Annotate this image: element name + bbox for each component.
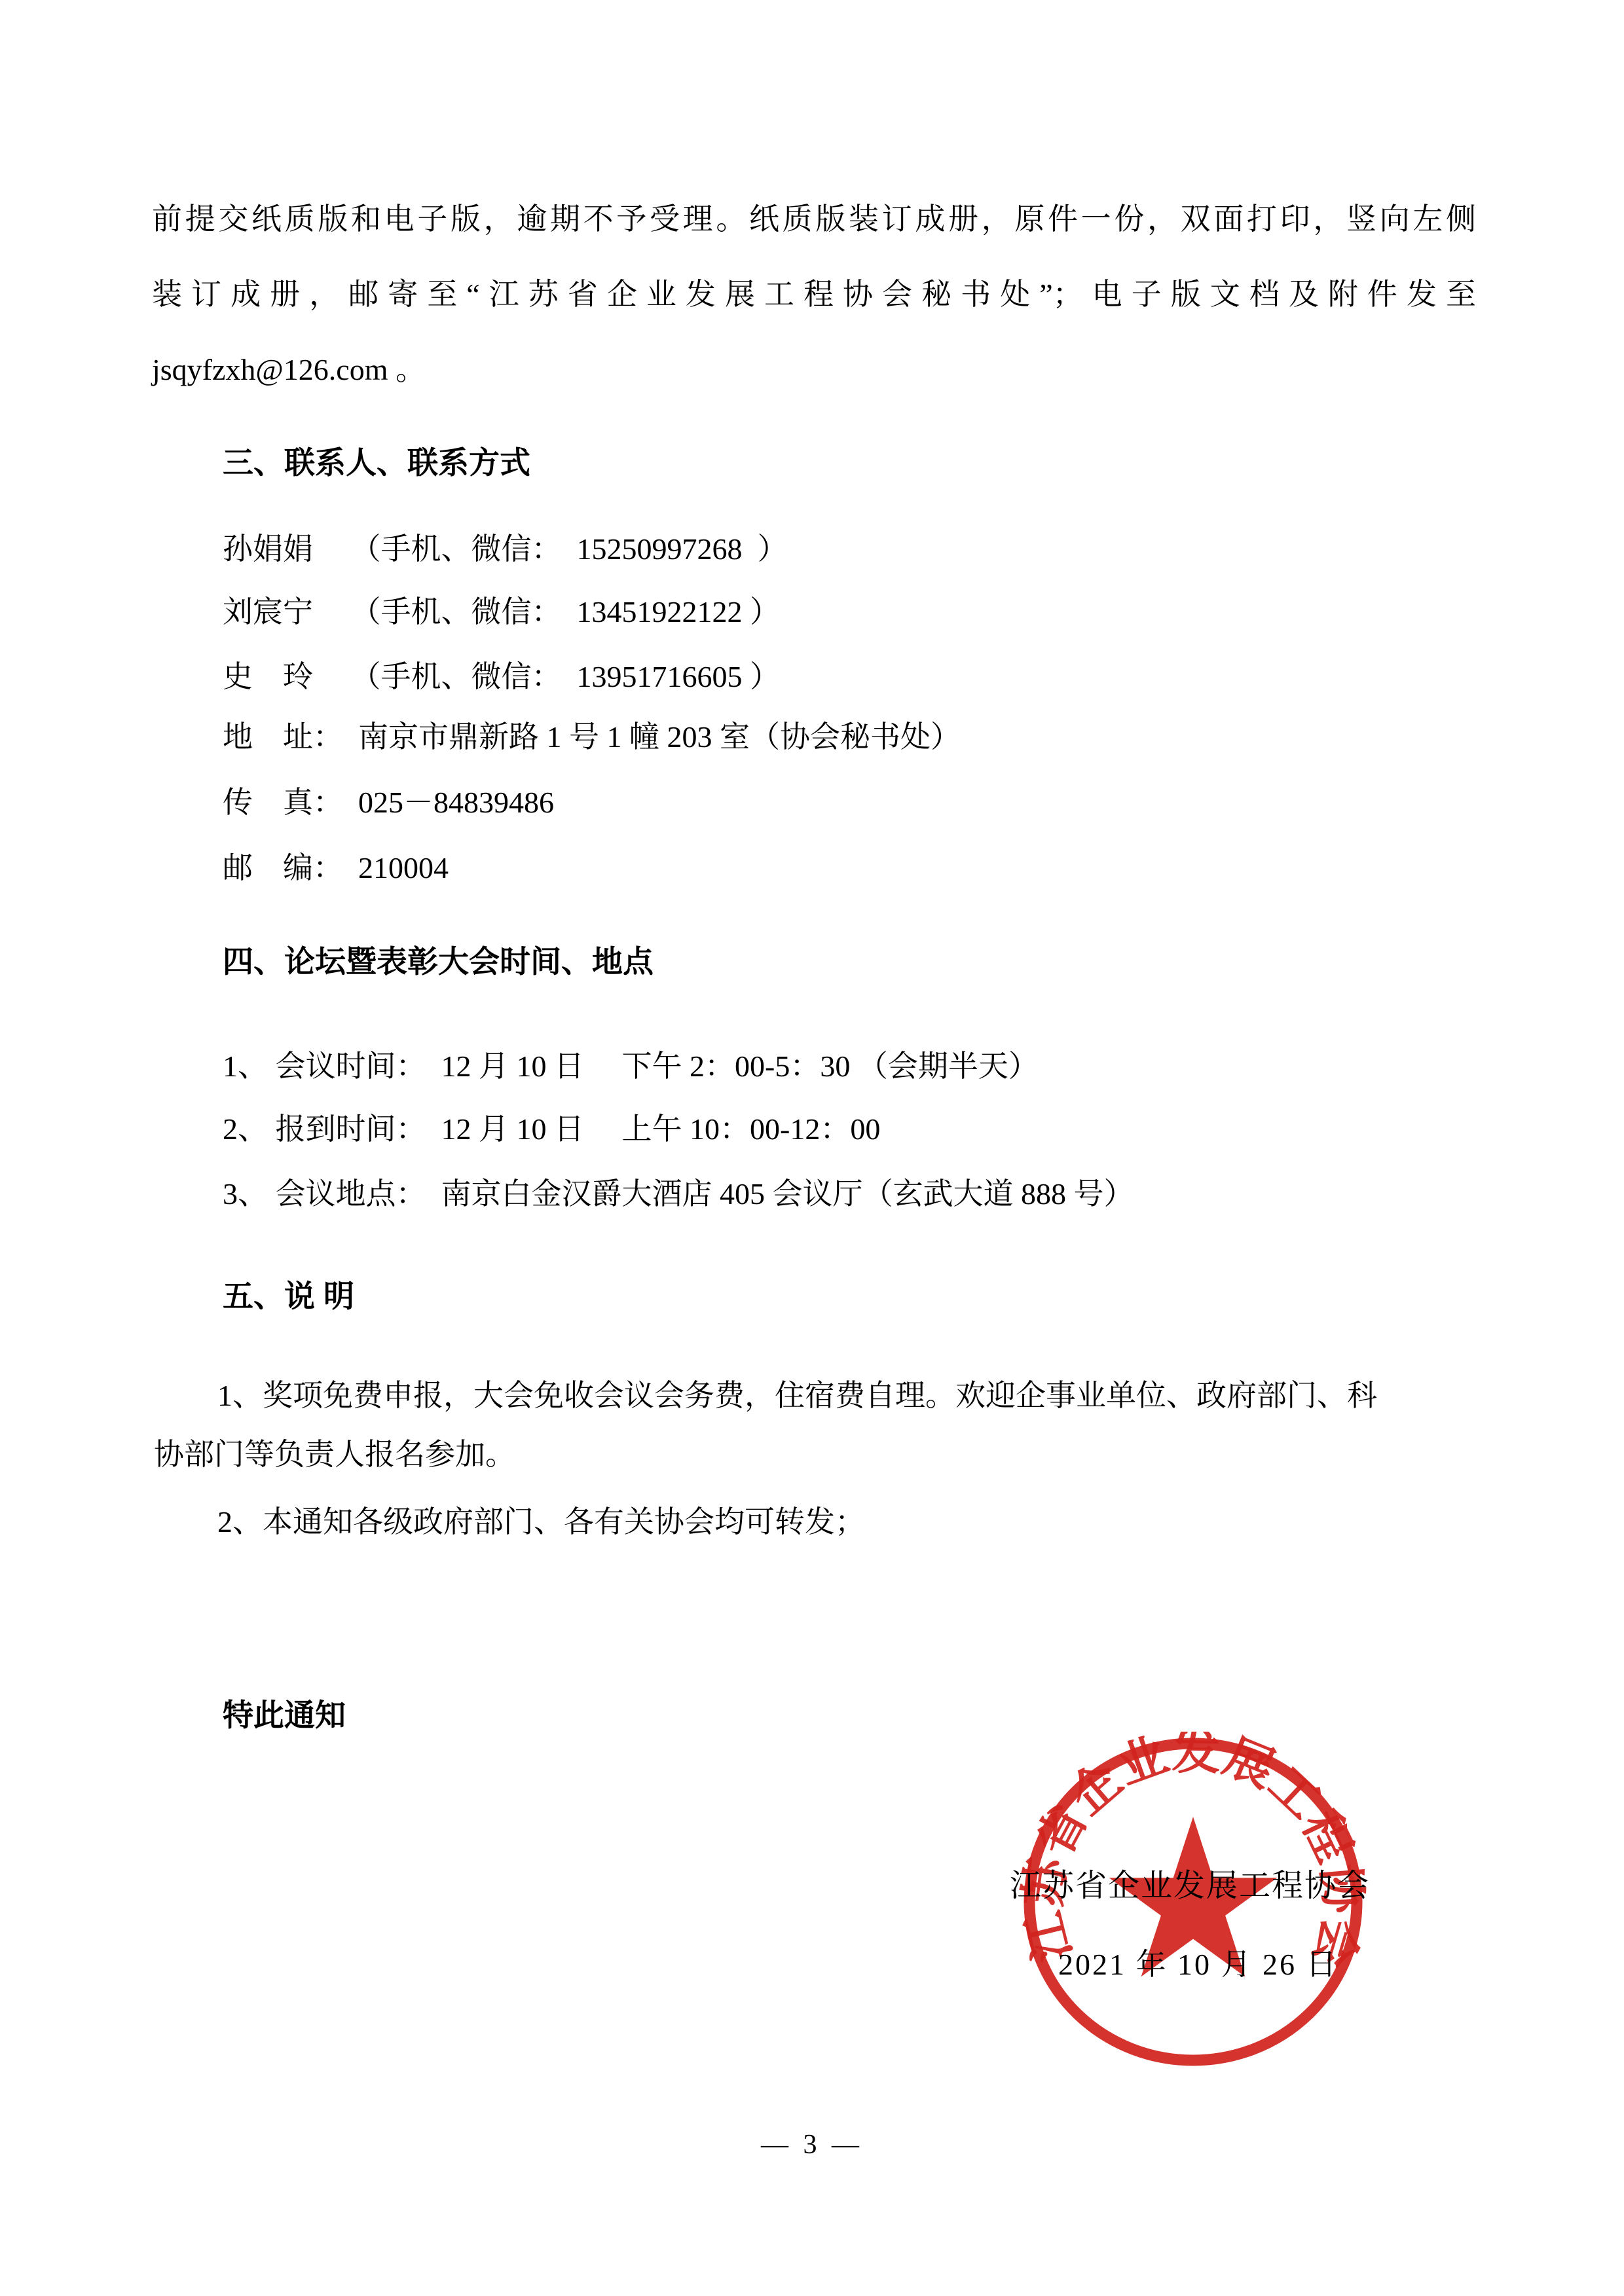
document-page: 前提交纸质版和电子版，逾期不予受理。纸质版装订成册，原件一份，双面打印，竖向左侧… (0, 0, 1624, 2296)
note-1-line-1: 1、奖项免费申报，大会免收会议会务费，住宿费自理。欢迎企事业单位、政府部门、科 (217, 1377, 1377, 1415)
contact-row-3: 史 玲 （手机、微信： 13951716605 ） (223, 658, 780, 696)
top-paragraph-line-2: 装订成册，邮寄至“江苏省企业发展工程协会秘书处”；电子版文档及附件发至 (152, 276, 1476, 314)
section-4-heading: 四、论坛暨表彰大会时间、地点 (223, 943, 654, 981)
contact-row-1: 孙娟娟 （手机、微信： 15250997268 ） (223, 530, 788, 568)
section-3-heading: 三、联系人、联系方式 (223, 444, 530, 482)
meeting-item-2: 2、 报到时间： 12 月 10 日 上午 10：00-12：00 (223, 1110, 880, 1148)
top-paragraph-line-1: 前提交纸质版和电子版，逾期不予受理。纸质版装订成册，原件一份，双面打印，竖向左侧 (152, 200, 1476, 238)
meeting-item-1: 1、 会议时间： 12 月 10 日 下午 2：00-5：30 （会期半天） (223, 1048, 1039, 1085)
page-number: — 3 — (0, 2129, 1624, 2160)
signature-date: 2021 年 10 月 26 日 (1058, 1946, 1338, 1984)
signature-org-name: 江苏省企业发展工程协会 (1010, 1867, 1370, 1905)
closing-notice: 特此通知 (223, 1696, 346, 1734)
note-2: 2、本通知各级政府部门、各有关协会均可转发； (217, 1503, 865, 1541)
fax-line: 传 真： 025－84839486 (223, 784, 554, 822)
top-paragraph-line-3: jsqyfzxh@126.com 。 (152, 351, 426, 389)
section-5-heading: 五、说 明 (223, 1277, 354, 1315)
official-seal-stamp: 江苏省企业发展工程协会 (1015, 1732, 1369, 2079)
address-line: 地 址： 南京市鼎新路 1 号 1 幢 203 室（协会秘书处） (223, 718, 961, 756)
note-1-line-2: 协部门等负责人报名参加。 (154, 1436, 515, 1474)
contact-row-2: 刘宸宁 （手机、微信： 13451922122 ） (223, 593, 780, 631)
zip-line: 邮 编： 210004 (223, 849, 449, 887)
meeting-item-3: 3、 会议地点： 南京白金汉爵大酒店 405 会议厅（玄武大道 888 号） (223, 1175, 1134, 1213)
